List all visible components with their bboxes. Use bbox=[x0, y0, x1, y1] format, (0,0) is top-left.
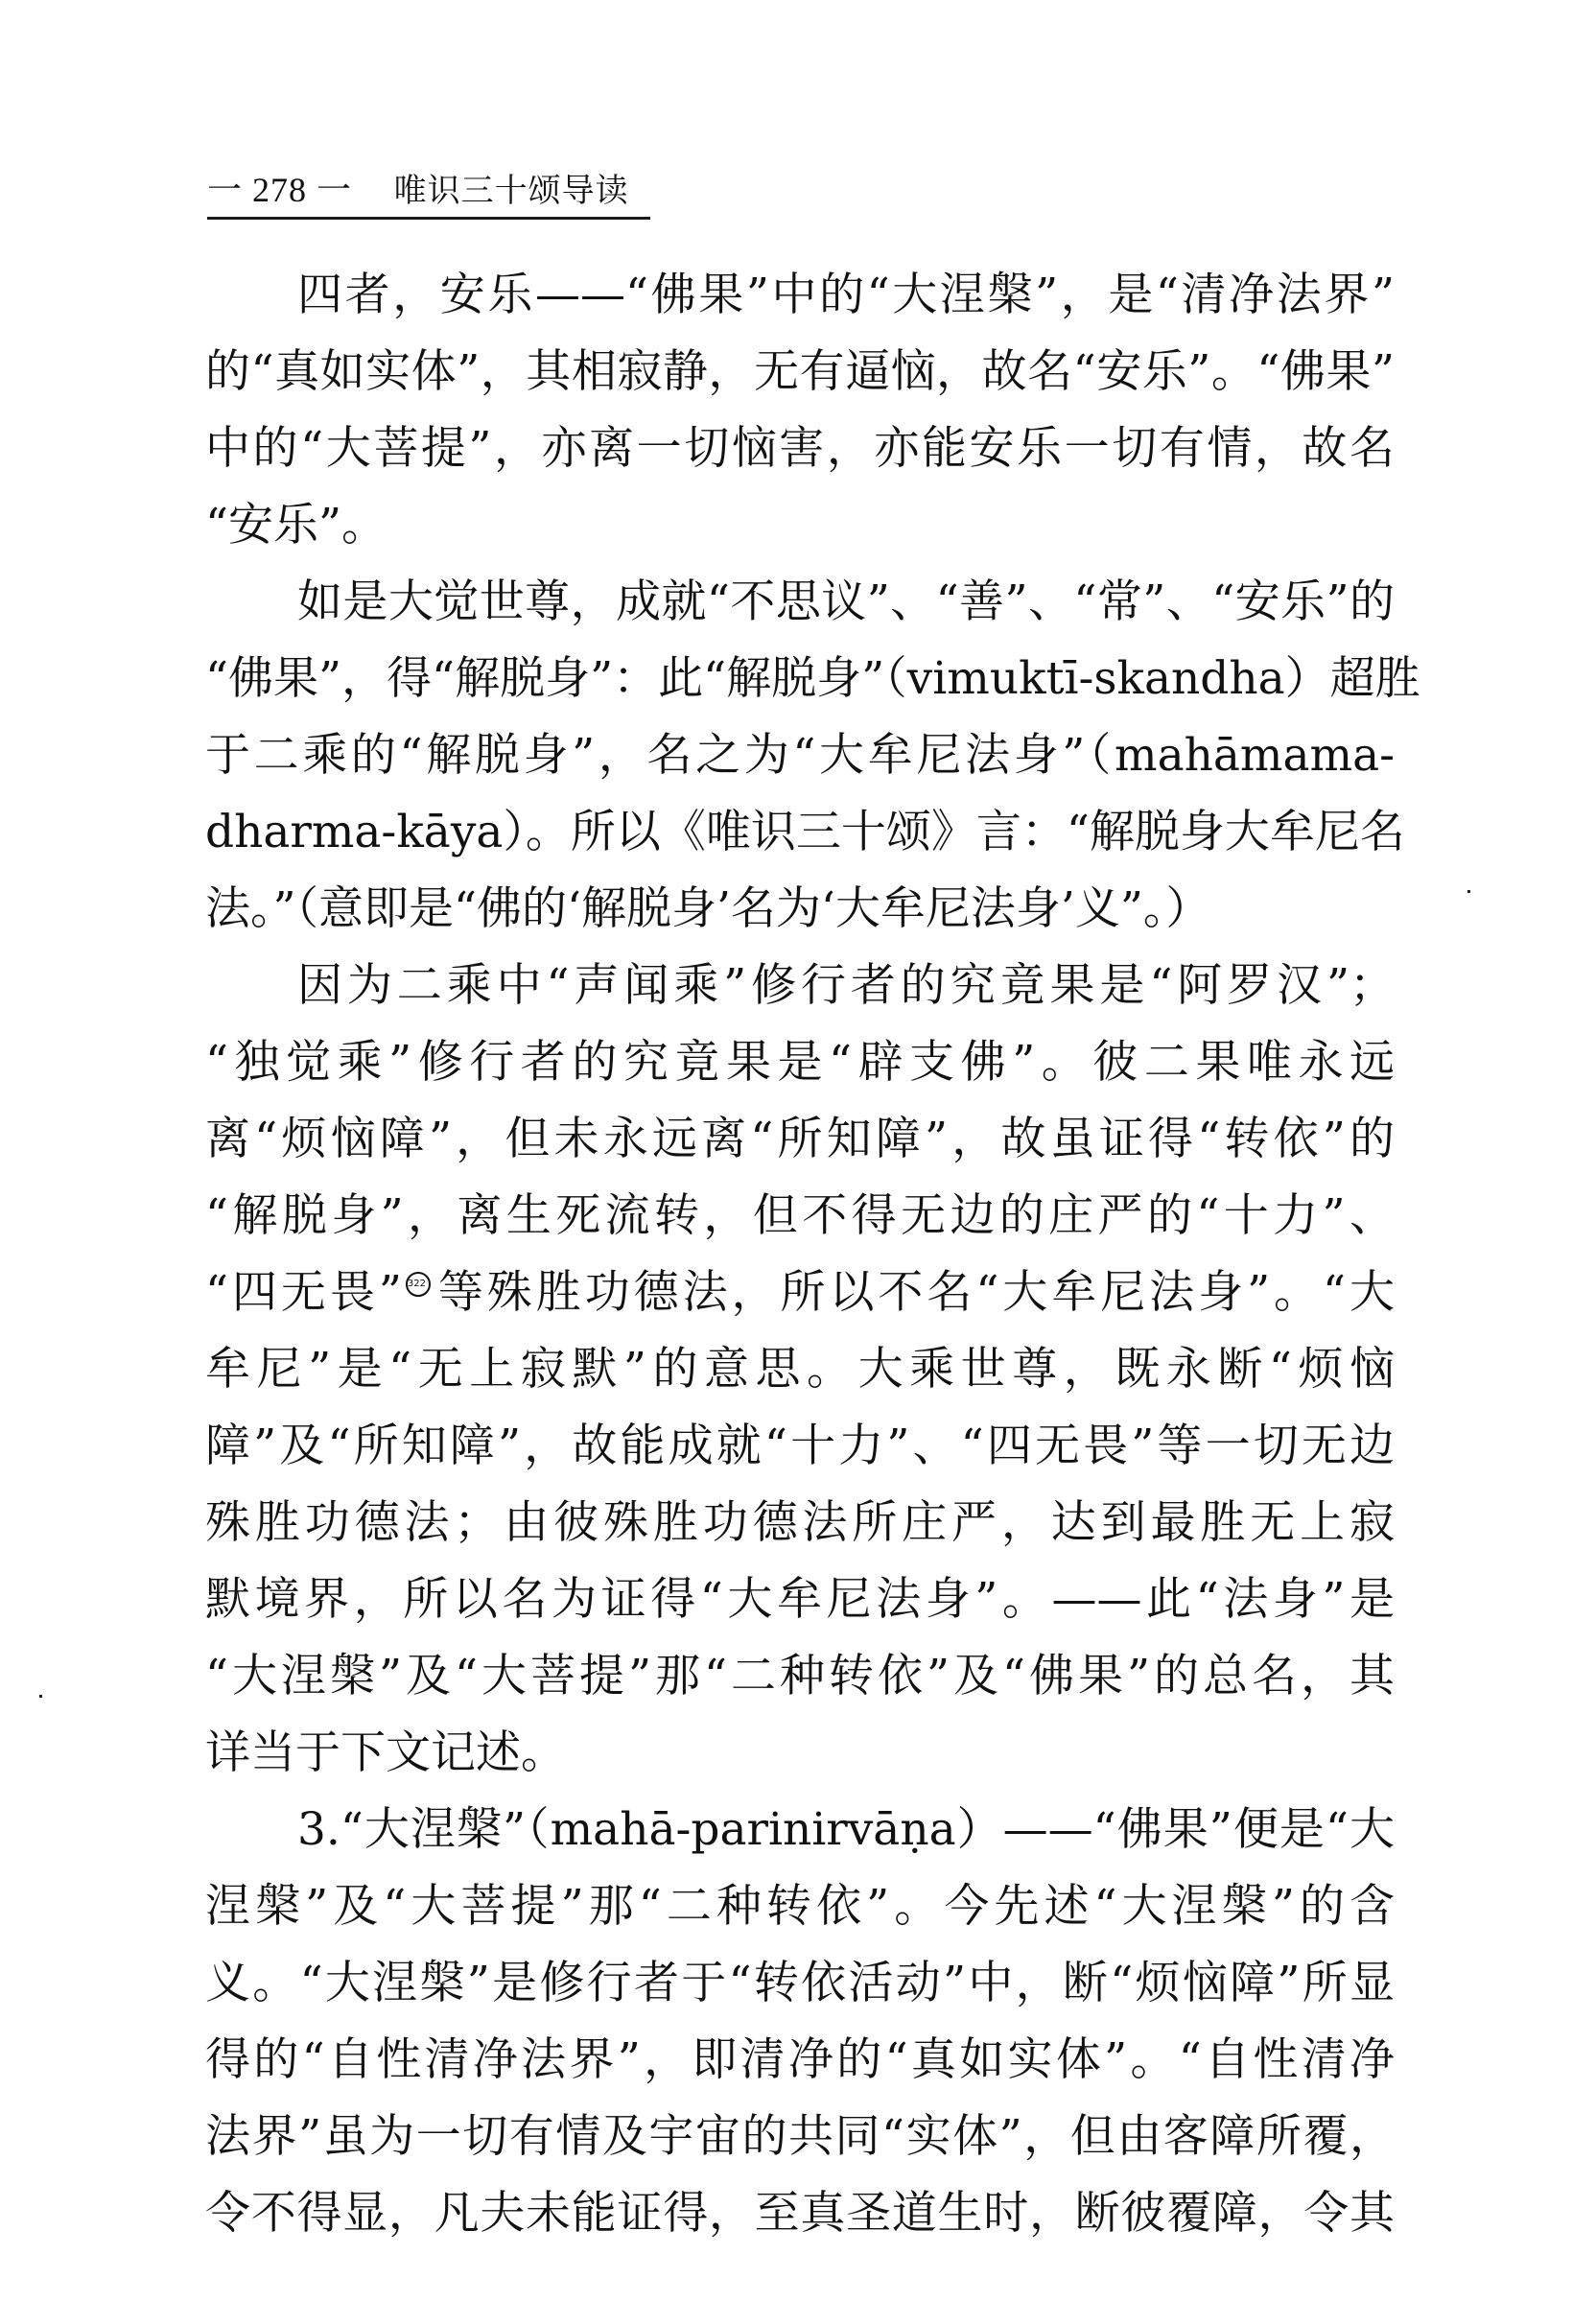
text-line: 默境界，所以名为证得“大牟尼法身”。——此“法身”是 bbox=[205, 1569, 1395, 1646]
text-line: 因为二乘中“声闻乘”修行者的究竟果是“阿罗汉”； bbox=[205, 955, 1395, 1032]
text-line: 详当于下文记述。 bbox=[205, 1723, 1395, 1799]
scan-speck bbox=[39, 1695, 42, 1698]
footnote-marker[interactable]: 322 bbox=[406, 1272, 431, 1297]
text-segment: 等殊胜功德法，所以不名“大牟尼法身”。“大 bbox=[434, 1266, 1395, 1319]
text-line: 四者，安乐——“佛果”中的“大涅槃”，是“清净法界” bbox=[205, 265, 1395, 341]
running-head: 一 278 一 唯识三十颂导读 bbox=[207, 169, 650, 220]
text-line: 中的“大菩提”，亦离一切恼害，亦能安乐一切有情，故名 bbox=[205, 418, 1395, 495]
text-line: 得的“自性清净法界”，即清净的“真如实体”。“自性清净 bbox=[205, 2030, 1395, 2106]
text-line: “大涅槃”及“大菩提”那“二种转依”及“佛果”的总名，其 bbox=[205, 1646, 1395, 1723]
text-line: 令不得显，凡夫未能证得，至真圣道生时，断彼覆障，令其 bbox=[205, 2183, 1395, 2260]
paragraph-jietuoshen: 如是大觉世尊，成就“不思议”、“善”、“常”、“安乐”的 “佛果”，得“解脱身”… bbox=[205, 572, 1395, 955]
text-line: 涅槃”及“大菩提”那“二种转依”。今先述“大涅槃”的含 bbox=[205, 1876, 1395, 1953]
text-line: 的“真如实体”，其相寂静，无有逼恼，故名“安乐”。“佛果” bbox=[205, 341, 1395, 418]
page-number: 一 278 一 bbox=[207, 171, 352, 209]
text-line: 法界”虽为一切有情及宇宙的共同“实体”，但由客障所覆， bbox=[205, 2106, 1395, 2183]
paragraph-anle: 四者，安乐——“佛果”中的“大涅槃”，是“清净法界” 的“真如实体”，其相寂静，… bbox=[205, 265, 1395, 572]
text-line: 如是大觉世尊，成就“不思议”、“善”、“常”、“安乐”的 bbox=[205, 572, 1395, 648]
text-line: “安乐”。 bbox=[205, 495, 1395, 572]
text-line: 牟尼”是“无上寂默”的意思。大乘世尊，既永断“烦恼 bbox=[205, 1339, 1395, 1416]
book-title: 唯识三十颂导读 bbox=[394, 172, 629, 210]
text-line: “解脱身”，离生死流转，但不得无边的庄严的“十力”、 bbox=[205, 1186, 1395, 1262]
text-line: 殊胜功德法；由彼殊胜功德法所庄严，达到最胜无上寂 bbox=[205, 1492, 1395, 1569]
text-line: “佛果”，得“解脱身”：此“解脱身”（vimuktī-skandha）超胜 bbox=[205, 648, 1395, 725]
paragraph-ercheng: 因为二乘中“声闻乘”修行者的究竟果是“阿罗汉”； “独觉乘”修行者的究竟果是“辟… bbox=[205, 955, 1395, 1799]
text-line: 障”及“所知障”，故能成就“十力”、“四无畏”等一切无边 bbox=[205, 1416, 1395, 1492]
section-heading-line: 3.“大涅槃”（mahā-parinirvāṇa）——“佛果”便是“大 bbox=[205, 1799, 1395, 1876]
text-line: 于二乘的“解脱身”，名之为“大牟尼法身”（mahāmama- bbox=[205, 725, 1395, 802]
text-line: dharma-kāya）。所以《唯识三十颂》言：“解脱身大牟尼名 bbox=[205, 802, 1395, 879]
scan-speck bbox=[1467, 890, 1470, 893]
paragraph-da-niepan: 3.“大涅槃”（mahā-parinirvāṇa）——“佛果”便是“大 涅槃”及… bbox=[205, 1799, 1395, 2260]
text-line: 法。”（意即是“佛的‘解脱身’名为‘大牟尼法身’义”。） bbox=[205, 879, 1395, 955]
text-segment: “四无畏” bbox=[205, 1266, 402, 1319]
page-body: 四者，安乐——“佛果”中的“大涅槃”，是“清净法界” 的“真如实体”，其相寂静，… bbox=[205, 265, 1395, 2260]
text-line: 义。“大涅槃”是修行者于“转依活动”中，断“烦恼障”所显 bbox=[205, 1953, 1395, 2030]
text-line: “独觉乘”修行者的究竟果是“辟支佛”。彼二果唯永远 bbox=[205, 1032, 1395, 1109]
text-line: 离“烦恼障”，但未永远离“所知障”，故虽证得“转依”的 bbox=[205, 1109, 1395, 1186]
text-line-with-footnote: “四无畏”322等殊胜功德法，所以不名“大牟尼法身”。“大 bbox=[205, 1262, 1395, 1339]
